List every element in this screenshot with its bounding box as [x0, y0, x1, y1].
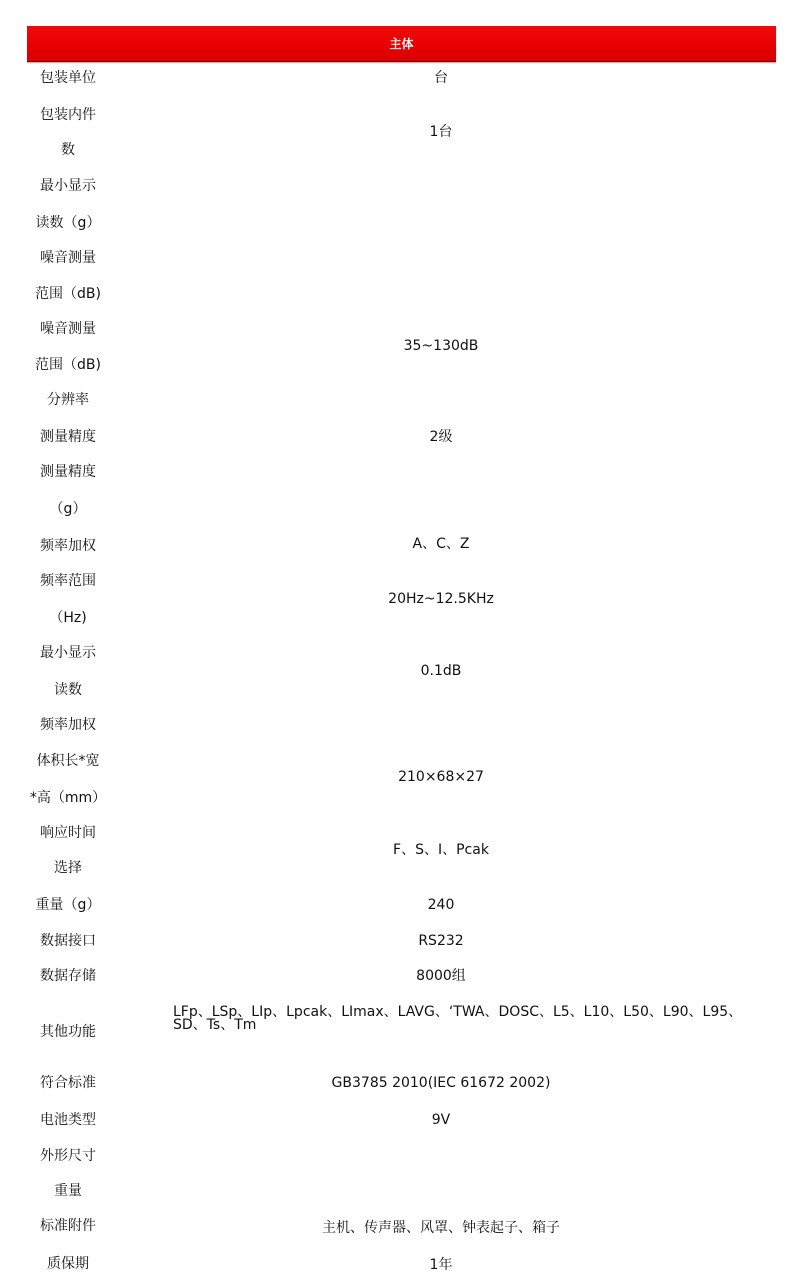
spec-label: 最小显示: [40, 644, 96, 662]
spec-value: RS232: [418, 932, 463, 950]
spec-label: 分辨率: [47, 391, 89, 409]
spec-label: 读数（g）: [36, 214, 101, 232]
spec-label: *高（mm）: [30, 789, 106, 807]
spec-label: 响应时间: [40, 824, 96, 842]
spec-label: 测量精度: [40, 428, 96, 446]
spec-value: 0.1dB: [421, 662, 462, 680]
spec-label: 频率范围: [40, 572, 96, 590]
spec-label: 体积长*宽: [37, 752, 100, 770]
spec-label: 测量精度: [40, 463, 96, 481]
spec-label: 范围（dB): [35, 285, 101, 303]
spec-label: 包装单位: [40, 69, 96, 87]
spec-value: 210×68×27: [398, 768, 484, 786]
spec-label: 重量: [54, 1182, 82, 1200]
spec-label: 选择: [54, 859, 82, 877]
spec-label: 质保期: [47, 1255, 89, 1273]
spec-label: （Hz): [49, 609, 86, 627]
spec-label: 重量（g）: [36, 896, 101, 914]
spec-label: 电池类型: [40, 1111, 96, 1129]
section-header-title: 主体: [389, 35, 413, 52]
spec-label: 标准附件: [40, 1217, 96, 1235]
spec-value: 240: [428, 896, 455, 914]
other-functions-value: LFp、LSp、LIp、Lpcak、LImax、LAVG、‘TWA、DOSC、L…: [173, 1006, 742, 1032]
section-header: 主体: [27, 26, 776, 62]
spec-value: 1台: [430, 123, 453, 141]
spec-value: 9V: [432, 1111, 450, 1129]
spec-label: 数据接口: [40, 932, 96, 950]
spec-value: 主机、传声器、风罩、钟表起子、箱子: [322, 1219, 560, 1237]
spec-label: 频率加权: [40, 716, 96, 734]
spec-value: 1年: [430, 1256, 453, 1274]
spec-label: 读数: [54, 681, 82, 699]
spec-value: A、C、Z: [413, 535, 470, 553]
spec-label: 范围（dB): [35, 356, 101, 374]
spec-value: 台: [434, 69, 448, 87]
other-functions-line-1: LFp、LSp、LIp、Lpcak、LImax、LAVG、‘TWA、DOSC、L…: [173, 1006, 742, 1019]
spec-value: 35~130dB: [404, 337, 479, 355]
spec-value: 20Hz~12.5KHz: [388, 590, 494, 608]
spec-label: 数据存储: [40, 967, 96, 985]
spec-label: 数: [61, 141, 75, 159]
spec-label: 频率加权: [40, 537, 96, 555]
spec-label: 外形尺寸: [40, 1147, 96, 1165]
spec-value: 2级: [430, 428, 453, 446]
other-functions-line-2: SD、Ts、Tm: [173, 1019, 742, 1032]
spec-value: GB3785 2010(IEC 61672 2002): [332, 1074, 551, 1092]
spec-label: 包装内件: [40, 106, 96, 124]
spec-label: 噪音测量: [40, 249, 96, 267]
spec-value: F、S、I、Pcak: [393, 841, 489, 859]
spec-value: 8000组: [416, 967, 466, 985]
spec-label: 最小显示: [40, 177, 96, 195]
spec-label: 符合标准: [40, 1074, 96, 1092]
spec-label: 噪音测量: [40, 320, 96, 338]
spec-label: 其他功能: [40, 1023, 96, 1041]
spec-label: （g）: [50, 500, 87, 518]
